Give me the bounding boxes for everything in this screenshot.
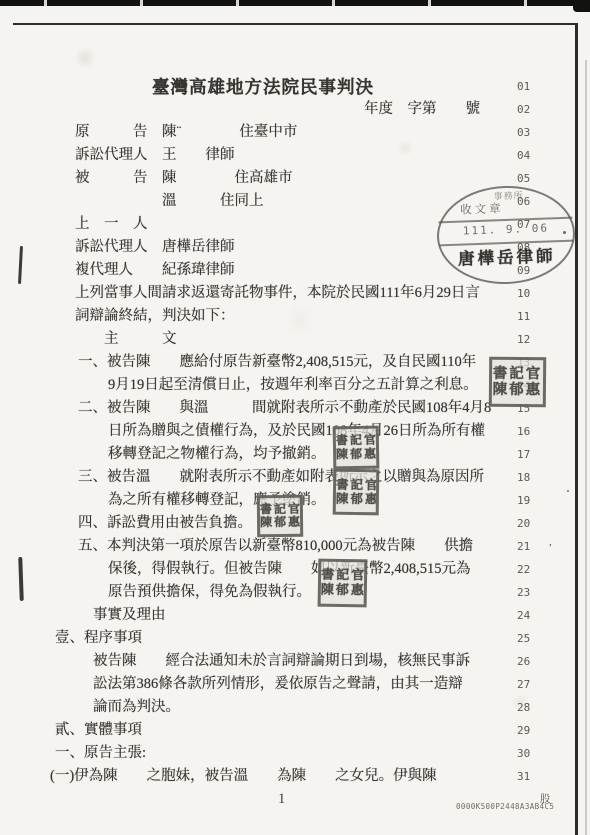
- document-line: 原 告 陳¨ 住臺中市 03: [0, 122, 590, 145]
- clerk-stamp-title: 書記官: [336, 434, 376, 448]
- line-text: 貳、實體事項: [0, 720, 590, 741]
- line-number: 30: [517, 747, 539, 760]
- clerk-stamp-title: 書記官: [336, 478, 376, 493]
- document-line: 詞辯論終結，判決如下： 11: [0, 306, 590, 329]
- document-line: 事實及理由 24: [0, 605, 590, 628]
- line-text: 上列當事人間請求返還寄託物事件，本院於民國111年6月29日言: [0, 283, 590, 304]
- line-text: 移轉登記之物權行為，均予撤銷。: [0, 444, 590, 465]
- document-line: 臺灣高雄地方法院民事判決 01: [0, 76, 590, 99]
- document-line: 上列當事人間請求返還寄託物事件，本院於民國111年6月29日言 10: [0, 283, 590, 306]
- document-line: 一、原告主張: 30: [0, 743, 590, 766]
- receipt-stamp-name: 唐樺岳律師: [439, 242, 574, 271]
- clerk-stamp: 書記官 陳郁惠: [318, 559, 368, 608]
- line-number: 19: [517, 494, 539, 507]
- line-text: 訟法第386條各款所列情形，爰依原告之聲請，由其一造辯: [0, 674, 590, 695]
- line-number: 22: [517, 563, 539, 576]
- line-number: 18: [517, 471, 539, 484]
- clerk-stamp-title: 書記官: [492, 366, 543, 383]
- document-line: 被告陳 經合法通知未於言詞辯論期日到場，核無民事訴 26: [0, 651, 590, 674]
- document-barcode-number: 0000K500P2448A3AB4C5: [456, 802, 554, 811]
- line-text: 主 文: [0, 329, 590, 350]
- line-text: 詞辯論終結，判決如下：: [0, 306, 590, 327]
- clerk-stamp-name: 陳郁惠: [321, 583, 364, 598]
- document-line: 五、本判決第一項於原告以新臺幣810,000元為被告陳 供擔 21: [0, 536, 590, 559]
- line-text: 論而為判決。: [0, 697, 590, 718]
- document-line: 訴訟代理人 王 律師 04: [0, 145, 590, 168]
- line-number: 27: [517, 678, 539, 691]
- line-text: 三、被告溫 就附表所示不動產如附表所示之以贈與為原因所: [0, 467, 590, 488]
- clerk-stamp: 書記官 陳郁惠: [257, 495, 303, 537]
- scanned-court-judgment-page: , 臺灣高雄地方法院民事判決 01 年度 字第 號 02 原 告 陳¨ 住臺中市…: [0, 0, 590, 835]
- line-number: 04: [517, 149, 539, 162]
- document-line: 日所為贈與之債權行為，及於民國108年4月26日所為所有權 16: [0, 421, 590, 444]
- receipt-stamp: 事務所 收文章 111. 9. 06 唐樺岳律師: [435, 184, 576, 287]
- line-text: 壹、程序事項: [0, 628, 590, 649]
- clerk-stamp-name: 陳郁惠: [492, 382, 543, 399]
- document-line: 訟法第386條各款所列情形，爰依原告之聲請，由其一造辯 27: [0, 674, 590, 697]
- document-line: (一)伊為陳 之胞妹，被告溫 為陳 之女兒。伊與陳 31: [0, 766, 590, 789]
- document-line: 三、被告溫 就附表所示不動產如附表所示之以贈與為原因所 18: [0, 467, 590, 490]
- document-line: 年度 字第 號 02: [0, 99, 590, 122]
- scan-edge-strip: [0, 0, 590, 6]
- line-number: 21: [517, 540, 539, 553]
- line-text: 事實及理由: [0, 605, 590, 626]
- document-line: 貳、實體事項 29: [0, 720, 590, 743]
- line-number: 20: [517, 517, 539, 530]
- line-number: 29: [517, 724, 539, 737]
- line-text: 一、原告主張:: [0, 743, 590, 764]
- clerk-stamp: 書記官 陳郁惠: [489, 357, 546, 407]
- page-border-top: [13, 23, 578, 25]
- line-number: 11: [517, 310, 539, 323]
- clerk-stamp-name: 陳郁惠: [260, 516, 300, 530]
- line-number: 24: [517, 609, 539, 622]
- document-line: 原告預供擔保，得免為假執行。 23: [0, 582, 590, 605]
- document-line: 壹、程序事項 25: [0, 628, 590, 651]
- line-number: 16: [517, 425, 539, 438]
- line-number: 28: [517, 701, 539, 714]
- line-number: 03: [517, 126, 539, 139]
- line-number: 26: [517, 655, 539, 668]
- line-number: 17: [517, 448, 539, 461]
- line-text: 被告陳 經合法通知未於言詞辯論期日到場，核無民事訴: [0, 651, 590, 672]
- line-text: 年度 字第 號: [0, 99, 590, 120]
- line-number: 12: [517, 333, 539, 346]
- document-line: 主 文 12: [0, 329, 590, 352]
- line-text: 日所為贈與之債權行為，及於民國108年4月26日所為所有權: [0, 421, 590, 442]
- line-text: 原告預供擔保，得免為假執行。: [0, 582, 590, 603]
- line-text: 保後，得假執行。但被告陳 如以新臺幣2,408,515元為: [0, 559, 590, 580]
- clerk-stamp-name: 陳郁惠: [336, 492, 376, 507]
- line-number: 25: [517, 632, 539, 645]
- line-text: 五、本判決第一項於原告以新臺幣810,000元為被告陳 供擔: [0, 536, 590, 557]
- scan-corner-blob: [573, 0, 590, 12]
- clerk-stamp-name: 陳郁惠: [336, 447, 376, 461]
- clerk-stamp: 書記官 陳郁惠: [333, 426, 380, 470]
- document-line: 移轉登記之物權行為，均予撤銷。 17: [0, 444, 590, 467]
- document-body: 臺灣高雄地方法院民事判決 01 年度 字第 號 02 原 告 陳¨ 住臺中市 0…: [0, 76, 590, 789]
- line-number: 05: [517, 172, 539, 185]
- document-line: 保後，得假執行。但被告陳 如以新臺幣2,408,515元為 22: [0, 559, 590, 582]
- line-text: 訴訟代理人 王 律師: [0, 145, 590, 166]
- line-number: 10: [517, 287, 539, 300]
- line-number: 02: [517, 103, 539, 116]
- line-text: (一)伊為陳 之胞妹，被告溫 為陳 之女兒。伊與陳: [0, 766, 590, 787]
- document-line: 論而為判決。 28: [0, 697, 590, 720]
- receipt-stamp-label: 收文章: [460, 200, 504, 218]
- line-number: 23: [517, 586, 539, 599]
- line-number: 31: [517, 770, 539, 783]
- page-number: 1: [278, 791, 285, 808]
- line-text: 臺灣高雄地方法院民事判決: [0, 76, 590, 99]
- line-number: 01: [517, 80, 539, 93]
- clerk-stamp: 書記官 陳郁惠: [333, 469, 380, 516]
- line-text: 原 告 陳¨ 住臺中市: [0, 122, 590, 143]
